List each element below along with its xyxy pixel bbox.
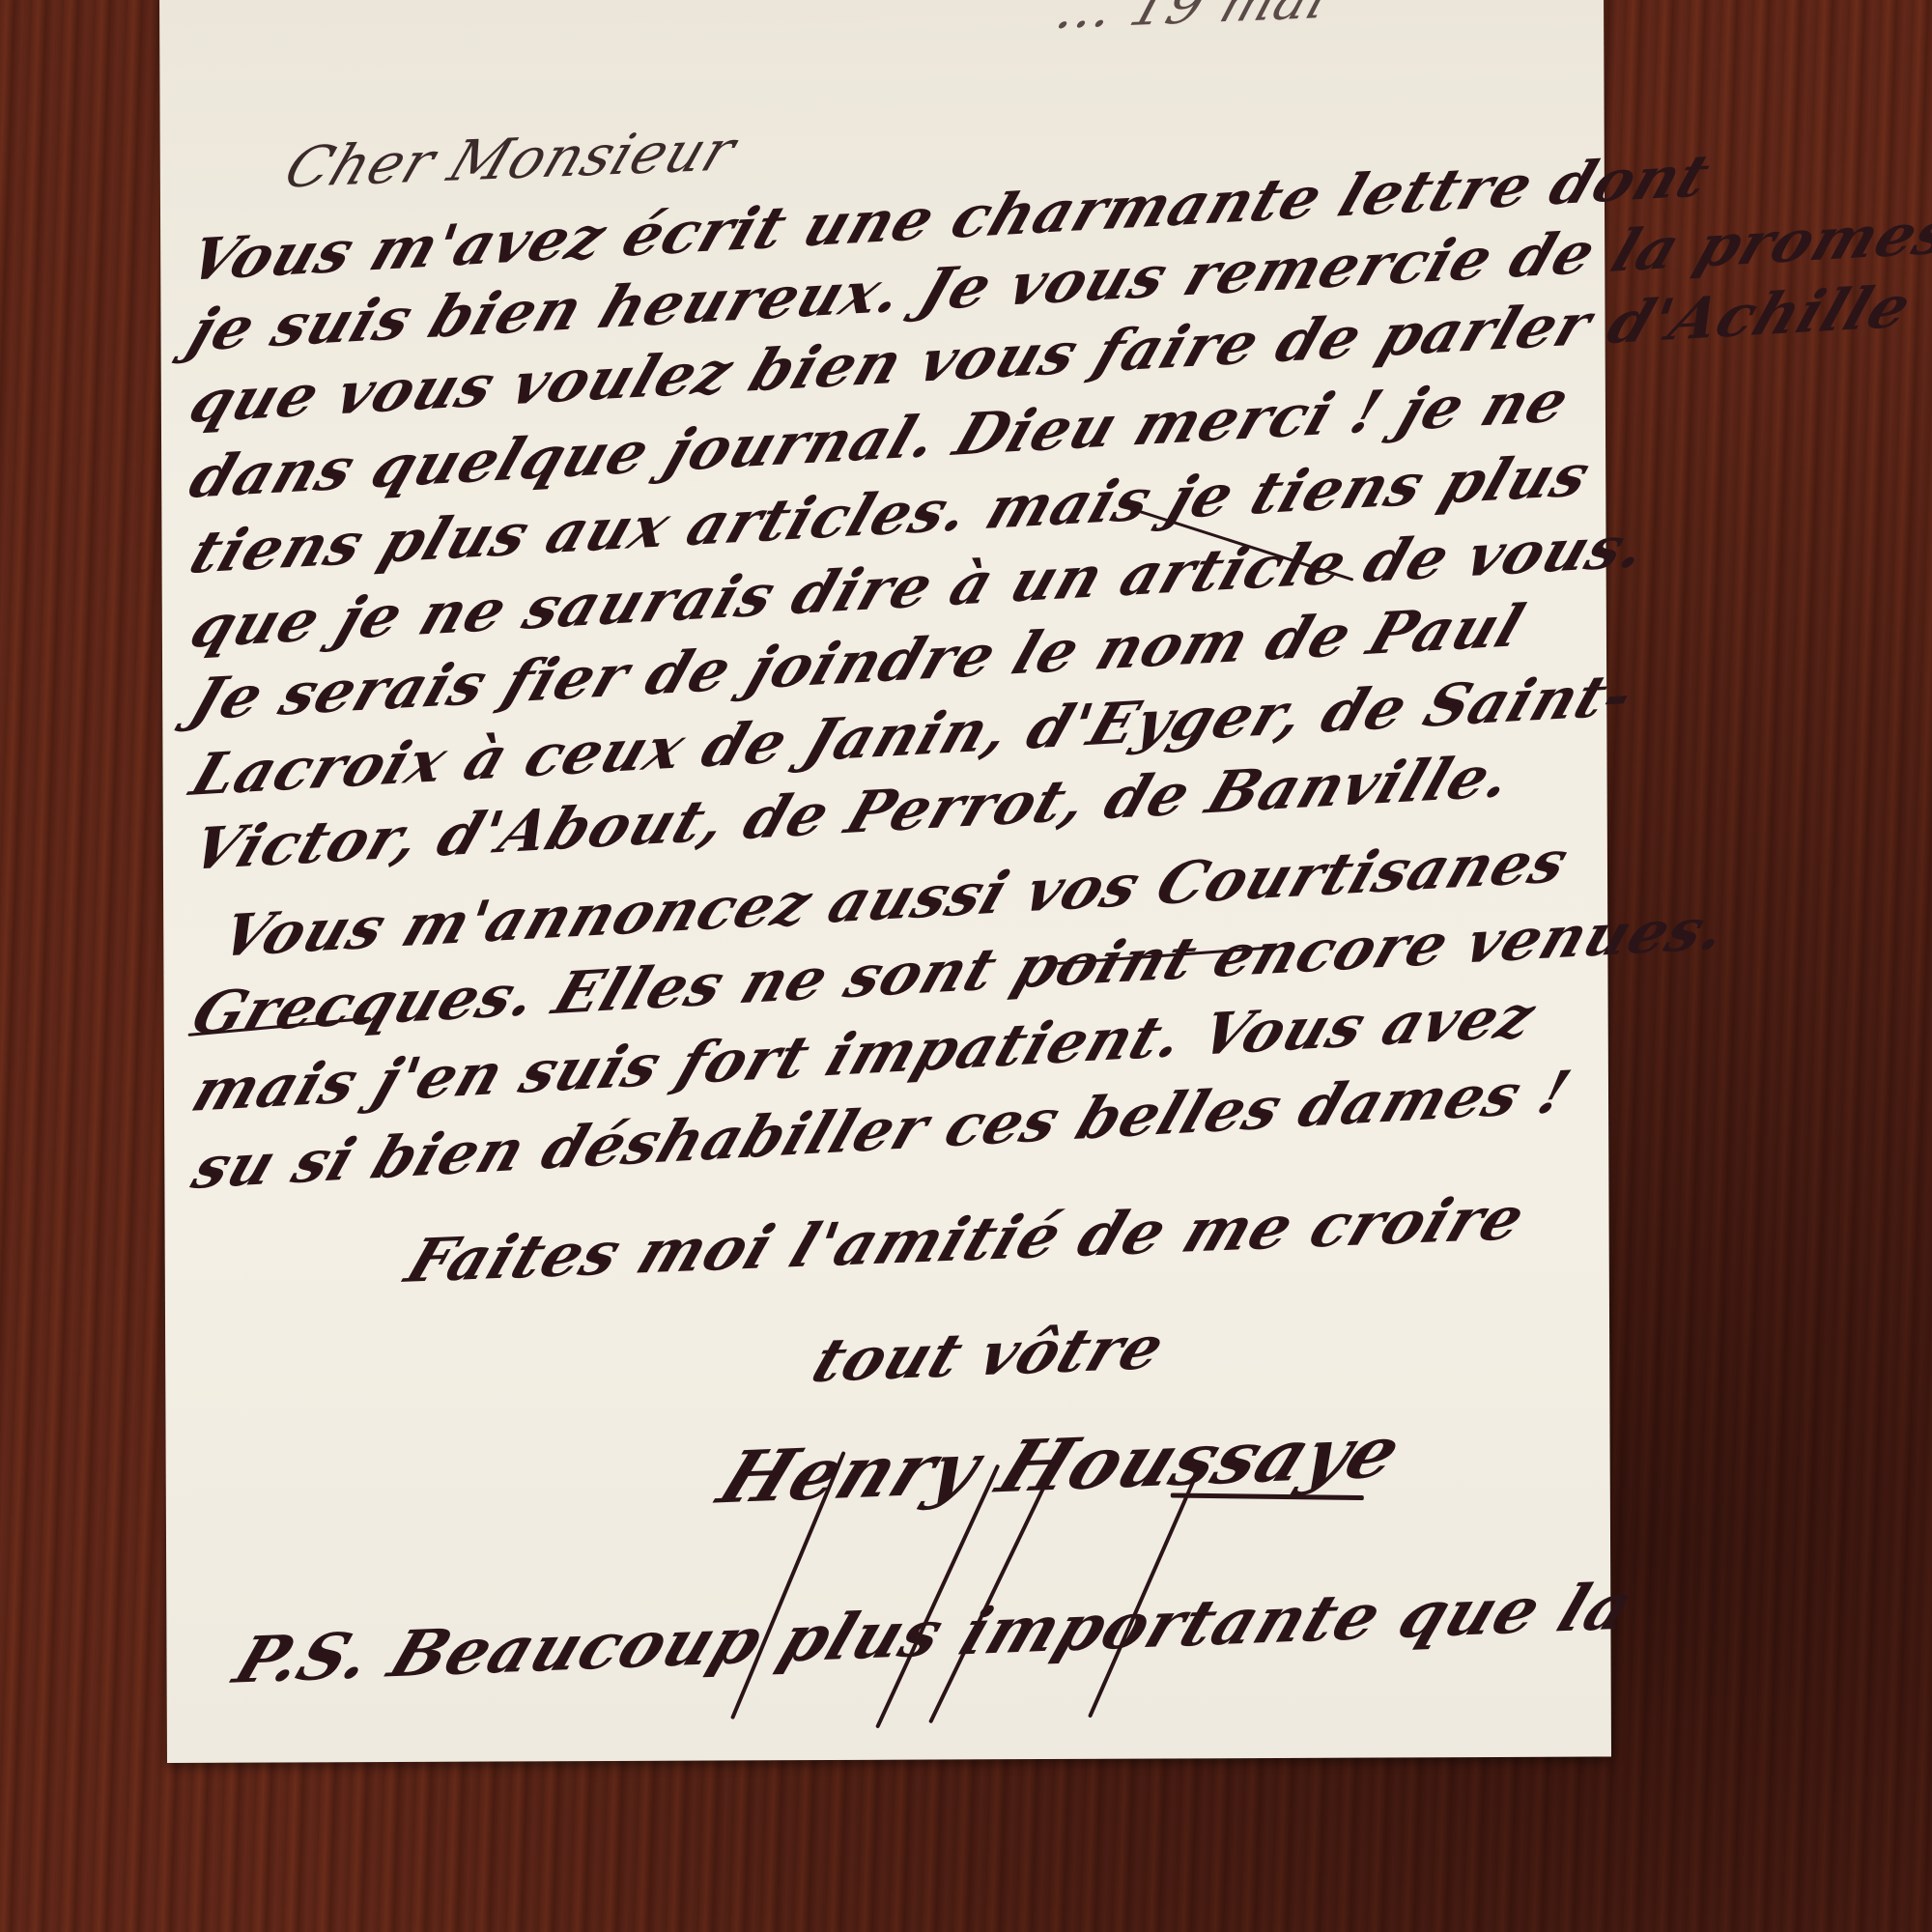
salutation: Cher Monsieur	[276, 118, 745, 201]
letter-paper: … 19 mai Cher Monsieur Vous m'avez écrit…	[159, 0, 1611, 1763]
postscript: P.S. Beaucoup plus importante que la	[225, 1569, 1644, 1698]
closing-line: Faites moi l'amitié de me croire	[397, 1182, 1535, 1296]
closing-line: tout vôtre	[803, 1312, 1175, 1396]
signature: Henry Houssaye	[707, 1410, 1414, 1520]
date-line: … 19 mai	[1048, 0, 1338, 42]
